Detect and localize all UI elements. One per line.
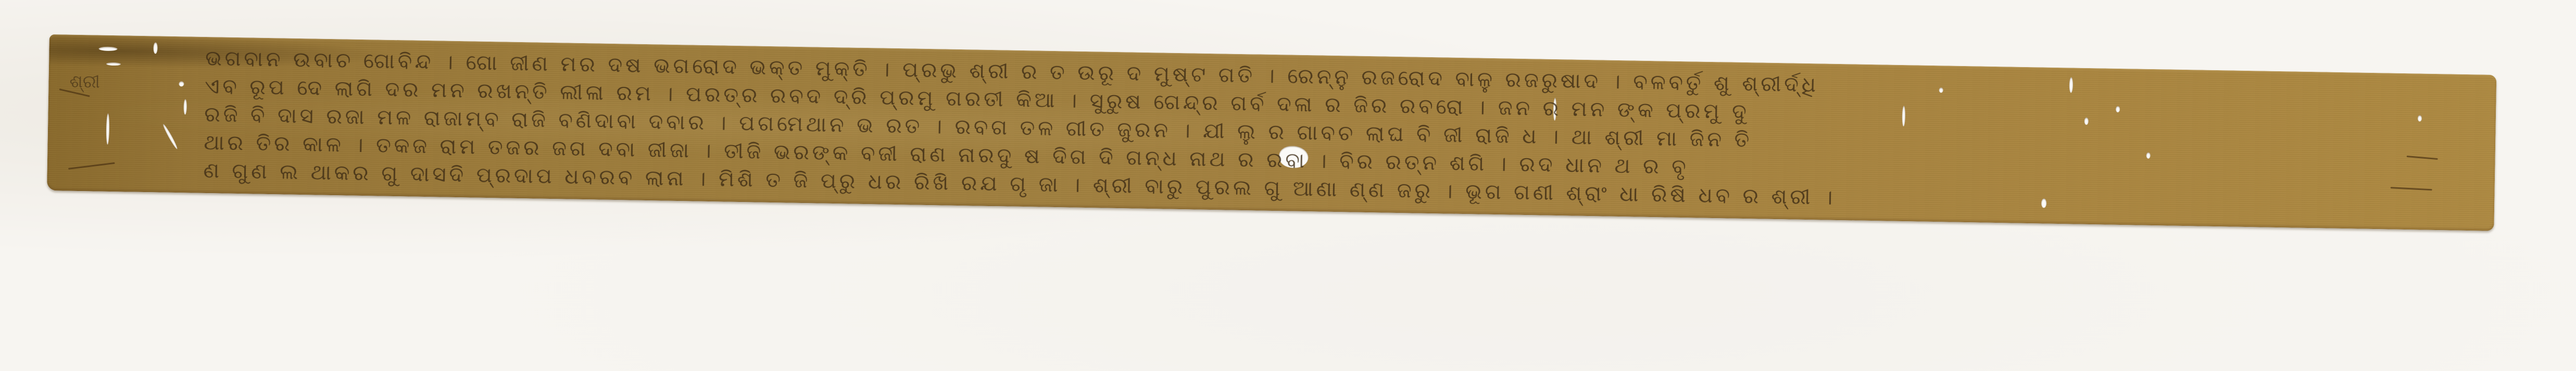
margin-mark: ଶ୍ରୀ (69, 71, 100, 93)
worm-hole (179, 81, 184, 86)
